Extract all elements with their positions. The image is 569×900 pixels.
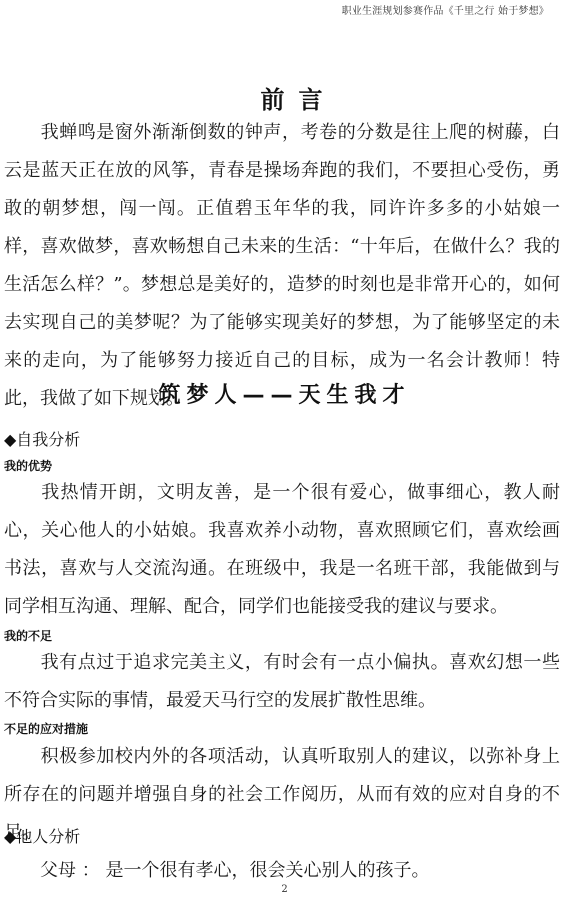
preface-text: 我蝉鸣是窗外渐渐倒数的钟声，考卷的分数是往上爬的树藤，白云是蓝天正在放的风筝，青… xyxy=(4,122,560,409)
strengths-paragraph: 我热情开朗，文明友善，是一个很有爱心，做事细心，教人耐心，关心他人的小姑娘。我喜… xyxy=(4,474,560,626)
others-analysis-heading: ◆他人分析 xyxy=(4,824,80,847)
weakness-label: 我的不足 xyxy=(4,627,52,644)
preface-title: 前言 xyxy=(0,80,569,115)
weakness-text: 我有点过于追求完美主义，有时会有一点小偏执。喜欢幻想一些不符合实际的事情，最爱天… xyxy=(4,652,560,711)
measures-label: 不足的应对措施 xyxy=(4,720,88,737)
parents-text: 父母 ： 是一个很有孝心，很会关心别人的孩子。 xyxy=(40,860,429,881)
strengths-label: 我的优势 xyxy=(4,457,52,474)
running-header: 职业生涯规划参赛作品《千里之行 始于梦想》 xyxy=(342,2,549,17)
self-analysis-heading: ◆自我分析 xyxy=(4,427,80,450)
strengths-text: 我热情开朗，文明友善，是一个很有爱心，做事细心，教人耐心，关心他人的小姑娘。我喜… xyxy=(4,482,560,617)
measures-text: 积极参加校内外的各项活动，认真听取别人的建议，以弥补身上所存在的问题并增强自身的… xyxy=(4,746,560,843)
preface-paragraph: 我蝉鸣是窗外渐渐倒数的钟声，考卷的分数是往上爬的树藤，白云是蓝天正在放的风筝，青… xyxy=(4,114,560,418)
chapter-title: 筑梦人——天生我才 xyxy=(0,378,569,409)
page-number: 2 xyxy=(0,884,569,895)
weakness-paragraph: 我有点过于追求完美主义，有时会有一点小偏执。喜欢幻想一些不符合实际的事情，最爱天… xyxy=(4,644,560,720)
measures-paragraph: 积极参加校内外的各项活动，认真听取别人的建议，以弥补身上所存在的问题并增强自身的… xyxy=(4,738,560,852)
